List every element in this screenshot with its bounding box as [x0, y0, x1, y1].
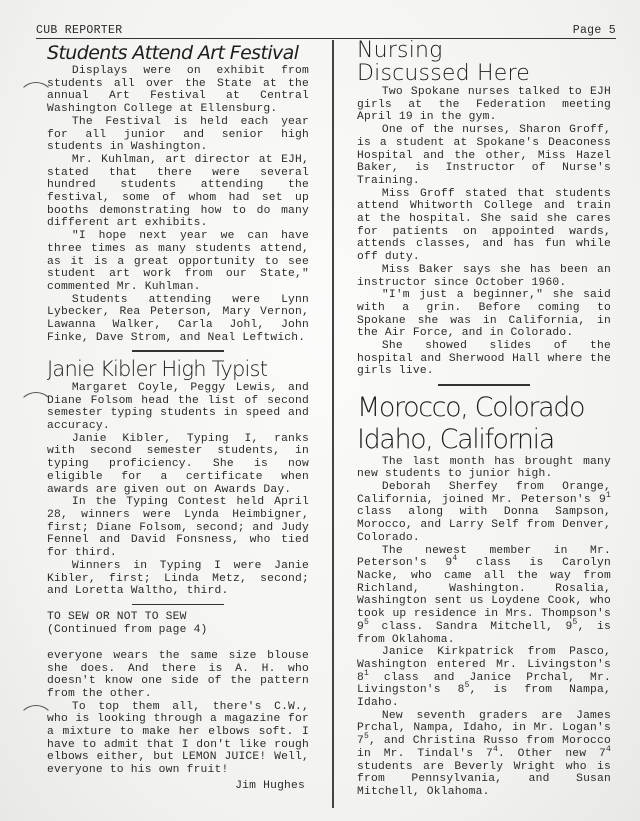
paragraph: In the Typing Contest held April 28, win… — [47, 496, 309, 560]
paragraph: Margaret Coyle, Peggy Lewis, and Diane F… — [47, 382, 309, 433]
paragraph: Displays were on exhibit from students a… — [47, 65, 309, 116]
article-sew: TO SEW OR NOT TO SEW (Continued from pag… — [47, 611, 309, 792]
article-new-students: Morocco, Colorado Idaho, California The … — [357, 392, 611, 799]
paragraph: Deborah Sherfey from Orange, California,… — [357, 481, 611, 545]
paragraph: Miss Baker says she has been an instruct… — [357, 264, 611, 289]
paragraph: New seventh graders are James Prchal, Na… — [357, 710, 611, 799]
headline-line2: Idaho, California — [357, 424, 611, 455]
continued-title: TO SEW OR NOT TO SEW — [47, 611, 309, 624]
paragraph: Mr. Kuhlman, art director at EJH, stated… — [47, 154, 309, 230]
paragraph: She showed slides of the hospital and Sh… — [357, 340, 611, 378]
section-rule — [132, 604, 224, 606]
paragraph: "I'm just a beginner," she said with a g… — [357, 289, 611, 340]
section-rule — [132, 350, 224, 352]
article-typist: Janie Kibler High Typist Margaret Coyle,… — [47, 358, 309, 598]
paragraph: "I hope next year we can have three time… — [47, 230, 309, 294]
article-nursing: Nursing Discussed Here Two Spokane nurse… — [357, 40, 611, 378]
article-art-festival: Students Attend Art Festival Displays we… — [47, 42, 309, 344]
paragraph: The last month has brought many new stud… — [357, 456, 611, 481]
paragraph: Winners in Typing I were Janie Kibler, f… — [47, 560, 309, 598]
section-rule — [438, 384, 530, 386]
paragraph: Two Spokane nurses talked to EJH girls a… — [357, 86, 611, 124]
publication-name: CUB REPORTER — [36, 24, 122, 37]
paragraph: everyone wears the same size blouse she … — [47, 650, 309, 701]
page-number: Page 5 — [573, 24, 616, 37]
paragraph: Miss Groff stated that students attend W… — [357, 188, 611, 264]
column-divider — [332, 40, 334, 808]
right-column: Nursing Discussed Here Two Spokane nurse… — [357, 40, 611, 799]
continued-note: (Continued from page 4) — [47, 624, 309, 637]
headline: Janie Kibler High Typist — [47, 358, 309, 380]
page-header: CUB REPORTER Page 5 — [36, 22, 616, 39]
paragraph: The Festival is held each year for all j… — [47, 116, 309, 154]
byline: Jim Hughes — [47, 780, 309, 793]
paragraph: Janie Kibler, Typing I, ranks with secon… — [47, 433, 309, 497]
headline-line2: Discussed Here — [357, 63, 611, 85]
headline-line1: Morocco, Colorado — [357, 392, 611, 423]
paragraph: To top them all, there's C.W., who is lo… — [47, 701, 309, 777]
left-column: Students Attend Art Festival Displays we… — [47, 40, 309, 793]
paragraph: One of the nurses, Sharon Groff, is a st… — [357, 124, 611, 188]
paragraph: The newest member in Mr. Peterson's 94 c… — [357, 545, 611, 647]
paragraph: Students attending were Lynn Lybecker, R… — [47, 294, 309, 345]
headline-line1: Nursing — [357, 40, 611, 62]
headline: Students Attend Art Festival — [47, 42, 309, 64]
paragraph: Janice Kirkpatrick from Pasco, Washingto… — [357, 646, 611, 710]
